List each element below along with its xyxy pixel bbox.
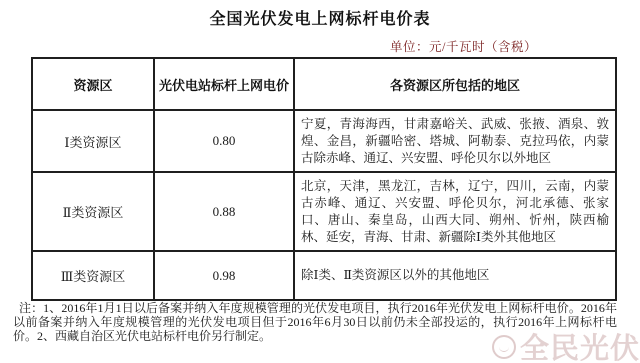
page-title: 全国光伏发电上网标杆电价表 [0, 6, 640, 29]
col-header-price: 光伏电站标杆上网电价 [154, 58, 294, 110]
zone-1-price: 0.80 [154, 110, 294, 172]
table-row-zone-2: Ⅱ类资源区 0.88 北京，天津，黑龙江，吉林，辽宁，四川，云南，内蒙古赤峰、通… [32, 172, 616, 251]
table-row-zone-1: Ⅰ类资源区 0.80 宁夏，青海海西，甘肃嘉峪关、武威、张掖、酒泉、敦煌、金昌，… [32, 110, 616, 172]
table-row-zone-3: Ⅲ类资源区 0.98 除Ⅰ类、Ⅱ类资源区以外的其他地区 [32, 251, 616, 300]
zone-2-label: Ⅱ类资源区 [32, 172, 154, 251]
zone-2-regions: 北京，天津，黑龙江，吉林，辽宁，四川，云南，内蒙古赤峰、通辽、兴安盟、呼伦贝尔，… [294, 172, 616, 251]
zone-1-label: Ⅰ类资源区 [32, 110, 154, 172]
col-header-regions: 各资源区所包括的地区 [294, 58, 616, 110]
zone-3-label: Ⅲ类资源区 [32, 251, 154, 300]
table-header-row: 资源区 光伏电站标杆上网电价 各资源区所包括的地区 [32, 58, 616, 110]
col-header-zone: 资源区 [32, 58, 154, 110]
zone-3-price: 0.98 [154, 251, 294, 300]
document-page: 全国光伏发电上网标杆电价表 单位：元/千瓦时（含税） 资源区 光伏电站标杆上网电… [0, 0, 640, 363]
watermark: 全民光伏 [492, 326, 640, 363]
unit-label: 单位：元/千瓦时（含税） [390, 37, 537, 55]
tariff-table: 资源区 光伏电站标杆上网电价 各资源区所包括的地区 Ⅰ类资源区 0.80 宁夏，… [31, 57, 617, 301]
zone-3-regions: 除Ⅰ类、Ⅱ类资源区以外的其他地区 [294, 251, 616, 300]
zone-1-regions: 宁夏，青海海西，甘肃嘉峪关、武威、张掖、酒泉、敦煌、金昌，新疆哈密、塔城、阿勒泰… [294, 110, 616, 172]
watermark-logo-icon [492, 335, 516, 359]
zone-2-price: 0.88 [154, 172, 294, 251]
watermark-text: 全民光伏 [520, 326, 640, 363]
